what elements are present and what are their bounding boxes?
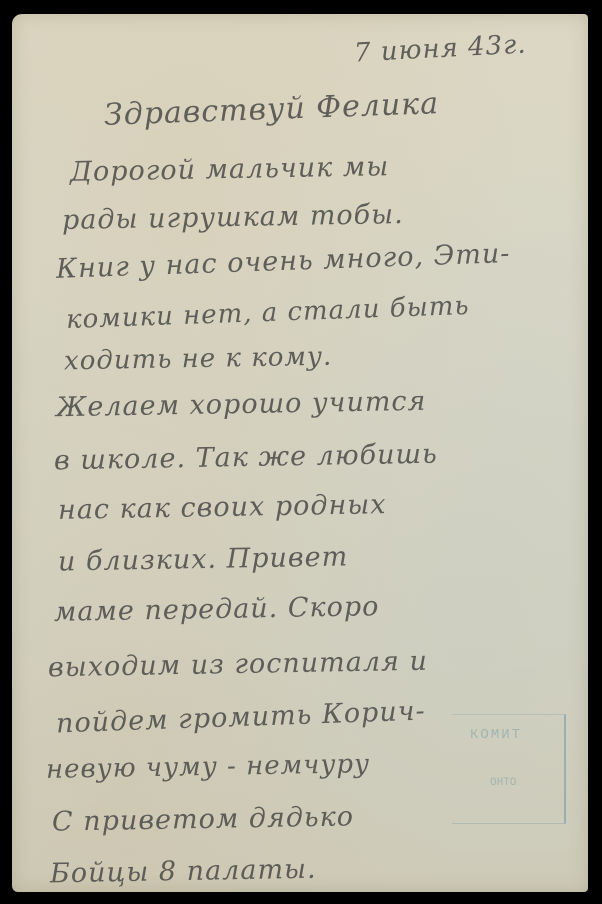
letter-closing: С приветом дядько xyxy=(52,801,355,837)
letter-line: и близких. Привет xyxy=(58,541,349,577)
letter-line: рады игрушкам тобы. xyxy=(62,199,404,236)
letter-date: 7 июня 43г. xyxy=(353,30,527,69)
letter-line: выходим из госпиталя и xyxy=(48,646,428,684)
faded-stamp: КОМИТ ОНТО xyxy=(452,714,566,824)
letter-line: Желаем хорошо учится xyxy=(56,386,427,423)
stamp-text-top: КОМИТ xyxy=(470,727,522,743)
letter-line: ходить не к кому. xyxy=(64,342,333,377)
letter-line: в школе. Так же любишь xyxy=(54,439,438,477)
letter-line: Дорогой мальчик мы xyxy=(70,151,390,188)
letter-line: комики нет, а стали быть xyxy=(66,291,470,335)
stamp-text-bottom: ОНТО xyxy=(490,777,516,789)
letter-paper: КОМИТ ОНТО 7 июня 43г. Здравствуй Фелика… xyxy=(12,14,588,892)
letter-greeting: Здравствуй Фелика xyxy=(103,86,439,133)
letter-line: невую чуму - немчуру xyxy=(46,749,371,785)
letter-line: пойдем громить Корич- xyxy=(56,696,427,740)
letter-line: маме передай. Скоро xyxy=(54,591,380,628)
letter-line: Книг у нас очень много, Эти- xyxy=(56,238,511,285)
letter-signature: Бойцы 8 палаты. xyxy=(50,854,317,890)
letter-line: нас как своих родных xyxy=(58,489,387,526)
